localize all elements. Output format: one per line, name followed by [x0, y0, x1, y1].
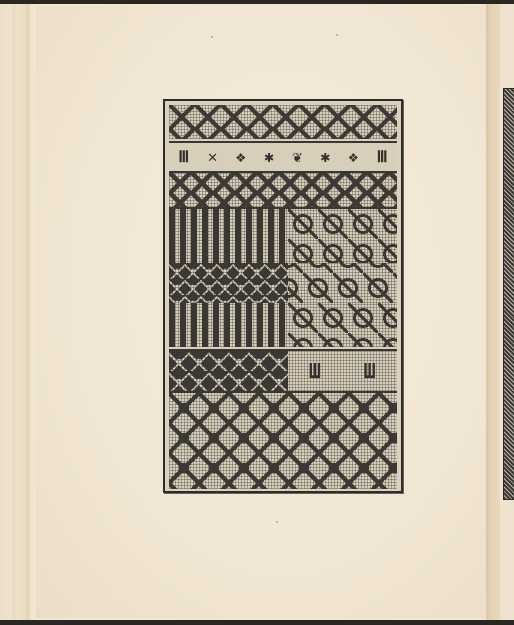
paper-speck [336, 34, 338, 36]
bottom-large-diamonds [169, 391, 397, 489]
paper-speck [211, 36, 213, 38]
motif-glyph: Ⅲ [377, 149, 388, 165]
columns-and-scrolls-lower [169, 303, 397, 347]
motif-glyph: Ⅲ [178, 149, 189, 165]
embroidery-pattern-plate: Ⅲ ✕ ❖ ✱ ❦ ✱ ❖ Ⅲ Ш Ш [163, 99, 403, 493]
motif-glyph: ✱ [264, 149, 274, 165]
paper-speck [276, 521, 278, 523]
motif-glyph: ❖ [348, 149, 358, 165]
zigzag-border [169, 171, 397, 207]
lattice-band [169, 263, 397, 303]
motif-glyph: ❦ [292, 149, 302, 165]
page-stack-left-edge [0, 4, 36, 620]
motif-glyph: ❖ [236, 149, 246, 165]
top-diamond-border [169, 105, 397, 139]
columns-and-scrolls-upper [169, 207, 397, 265]
diamond-and-glyph-row: Ш Ш [169, 349, 397, 391]
facing-page-pattern-plate [503, 88, 514, 500]
motif-row: Ⅲ ✕ ❖ ✱ ❦ ✱ ❖ Ⅲ [169, 141, 397, 171]
book-gutter [486, 4, 500, 620]
motif-glyph: ✱ [320, 149, 330, 165]
motif-glyph: ✕ [208, 149, 218, 165]
